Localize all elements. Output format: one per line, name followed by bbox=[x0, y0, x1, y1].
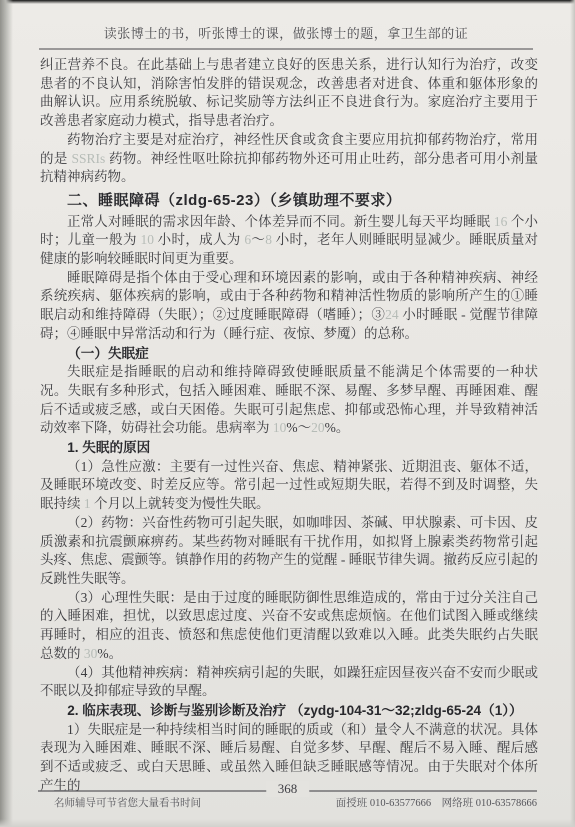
scan-edge-bottom bbox=[0, 819, 575, 827]
footer-left-slogan: 名师辅导可节省您大量看书时间 bbox=[38, 795, 201, 810]
scanned-book-page: 读张博士的书，听张博士的课，做张博士的题，拿卫生部的证 纠正营养不良。在此基础上… bbox=[0, 0, 575, 827]
body-text: 纠正营养不良。在此基础上与患者建立良好的医患关系，进行认知行为治疗，改变患者的不… bbox=[40, 56, 538, 795]
paragraph-drug-treatment: 药物治疗主要是对症治疗，神经性厌食或贪食主要应用抗抑郁药物治疗，常用的是 SSR… bbox=[40, 131, 538, 187]
page-header-slogan: 读张博士的书，听张博士的课，做张博士的题，拿卫生部的证 bbox=[39, 23, 533, 50]
scan-edge-right bbox=[570, 0, 575, 827]
footer: 名师辅导可节省您大量看书时间 面授班 010-63577666 网络班 010-… bbox=[38, 795, 537, 810]
paragraph-cause-drugs: （2）药物：兴奋性药物可引起失眠，如咖啡因、茶碱、甲状腺素、可卡因、皮质激素和抗… bbox=[40, 514, 538, 589]
footer-contact-phones: 面授班 010-63577666 网络班 010-63578666 bbox=[336, 795, 537, 810]
subheading-clinical-diagnosis: 2. 临床表现、诊断与鉴别诊断及治疗 （zydg-104-31～32;zldg-… bbox=[40, 702, 538, 721]
scan-edge-left bbox=[0, 0, 13, 827]
paragraph-cause-acute-stress: （1）急性应激：主要有一过性兴奋、焦虑、精神紧张、近期沮丧、躯体不适，及睡眠环境… bbox=[40, 458, 538, 514]
subheading-insomnia: （一）失眠症 bbox=[40, 345, 538, 364]
paragraph-insomnia-forms: 失眠症是指睡眠的启动和维持障碍致使睡眠质量不能满足个体需要的一种状况。失眠有多种… bbox=[40, 363, 538, 438]
scan-edge-top bbox=[0, 0, 575, 4]
paragraph-sleep-disorder-definition: 睡眠障碍是指个体由于受心理和环境因素的影响，或由于各种精神疾病、神经系统疾病、躯… bbox=[40, 269, 538, 344]
paragraph-cause-mental-illness: （4）其他精神疾病：精神疾病引起的失眠，如躁狂症因昼夜兴奋不安而少眠或不眠以及抑… bbox=[40, 664, 538, 701]
subheading-insomnia-causes: 1. 失眠的原因 bbox=[40, 439, 538, 458]
section-heading-sleep-disorder: 二、睡眠障碍（zldg-65-23）（乡镇助理不要求） bbox=[40, 192, 538, 211]
paragraph-nutrition-correction: 纠正营养不良。在此基础上与患者建立良好的医患关系，进行认知行为治疗，改变患者的不… bbox=[40, 56, 538, 131]
paragraph-cause-psychological: （3）心理性失眠：是由于过度的睡眠防御性思维造成的，常由于过分关注自己的入睡困难… bbox=[40, 589, 538, 664]
paragraph-sleep-need: 正常人对睡眠的需求因年龄、个体差异而不同。新生婴儿每天平均睡眠 16 个小时；儿… bbox=[40, 213, 538, 269]
